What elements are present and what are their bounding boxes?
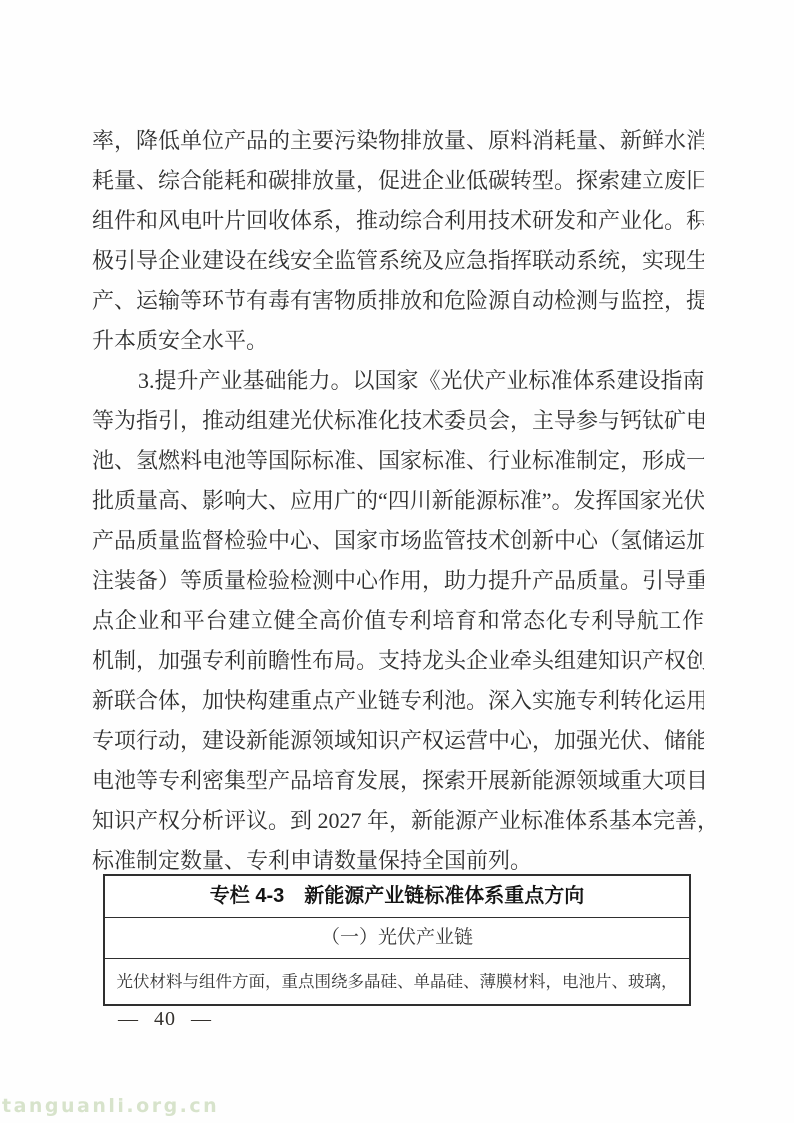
- text-line: 知识产权分析评议。到 2027 年，新能源产业标准体系基本完善，: [92, 801, 704, 841]
- text-line: 注装备）等质量检验检测中心作用，助力提升产品质量。引导重: [92, 561, 704, 601]
- text-line: 专项行动，建设新能源领域知识产权运营中心，加强光伏、储能: [92, 721, 704, 761]
- page-number: — 40 —: [118, 1008, 212, 1031]
- text-line: 极引导企业建设在线安全监管系统及应急指挥联动系统，实现生: [92, 241, 704, 281]
- box-title-row: 专栏 4-3 新能源产业链标准体系重点方向: [105, 876, 689, 918]
- body-paragraph-2: 3.提升产业基础能力。以国家《光伏产业标准体系建设指南》 等为指引，推动组建光伏…: [92, 361, 704, 881]
- text-line: 机制，加强专利前瞻性布局。支持龙头企业牵头组建知识产权创: [92, 641, 704, 681]
- text-line: 耗量、综合能耗和碳排放量，促进企业低碳转型。探索建立废旧: [92, 161, 704, 201]
- box-content-row: 光伏材料与组件方面，重点围绕多晶硅、单晶硅、薄膜材料，电池片、玻璃，: [105, 959, 689, 1004]
- text-line: 点企业和平台建立健全高价值专利培育和常态化专利导航工作: [92, 601, 704, 641]
- text-line: 产品质量监督检验中心、国家市场监管技术创新中心（氢储运加: [92, 521, 704, 561]
- text-line: 等为指引，推动组建光伏标准化技术委员会，主导参与钙钛矿电: [92, 401, 704, 441]
- text-line: 组件和风电叶片回收体系，推动综合利用技术研发和产业化。积: [92, 201, 704, 241]
- highlight-box-table: 专栏 4-3 新能源产业链标准体系重点方向 （一）光伏产业链 光伏材料与组件方面…: [103, 874, 691, 1006]
- text-line: 3.提升产业基础能力。以国家《光伏产业标准体系建设指南》: [92, 361, 704, 401]
- text-line: 批质量高、影响大、应用广的“四川新能源标准”。发挥国家光伏: [92, 481, 704, 521]
- body-text: 率，降低单位产品的主要污染物排放量、原料消耗量、新鲜水消 耗量、综合能耗和碳排放…: [92, 121, 704, 881]
- text-line: 池、氢燃料电池等国际标准、国家标准、行业标准制定，形成一: [92, 441, 704, 481]
- text-line: 升本质安全水平。: [92, 321, 704, 361]
- body-paragraph-1: 率，降低单位产品的主要污染物排放量、原料消耗量、新鲜水消 耗量、综合能耗和碳排放…: [92, 121, 704, 361]
- text-line: 新联合体，加快构建重点产业链专利池。深入实施专利转化运用: [92, 681, 704, 721]
- text-line: 电池等专利密集型产品培育发展，探索开展新能源领域重大项目: [92, 761, 704, 801]
- text-line: 率，降低单位产品的主要污染物排放量、原料消耗量、新鲜水消: [92, 121, 704, 161]
- text-line: 产、运输等环节有毒有害物质排放和危险源自动检测与监控，提: [92, 281, 704, 321]
- watermark-text: tanguanli.org.cn: [2, 1095, 219, 1117]
- box-section-row: （一）光伏产业链: [105, 918, 689, 959]
- document-page: 率，降低单位产品的主要污染物排放量、原料消耗量、新鲜水消 耗量、综合能耗和碳排放…: [0, 0, 794, 1123]
